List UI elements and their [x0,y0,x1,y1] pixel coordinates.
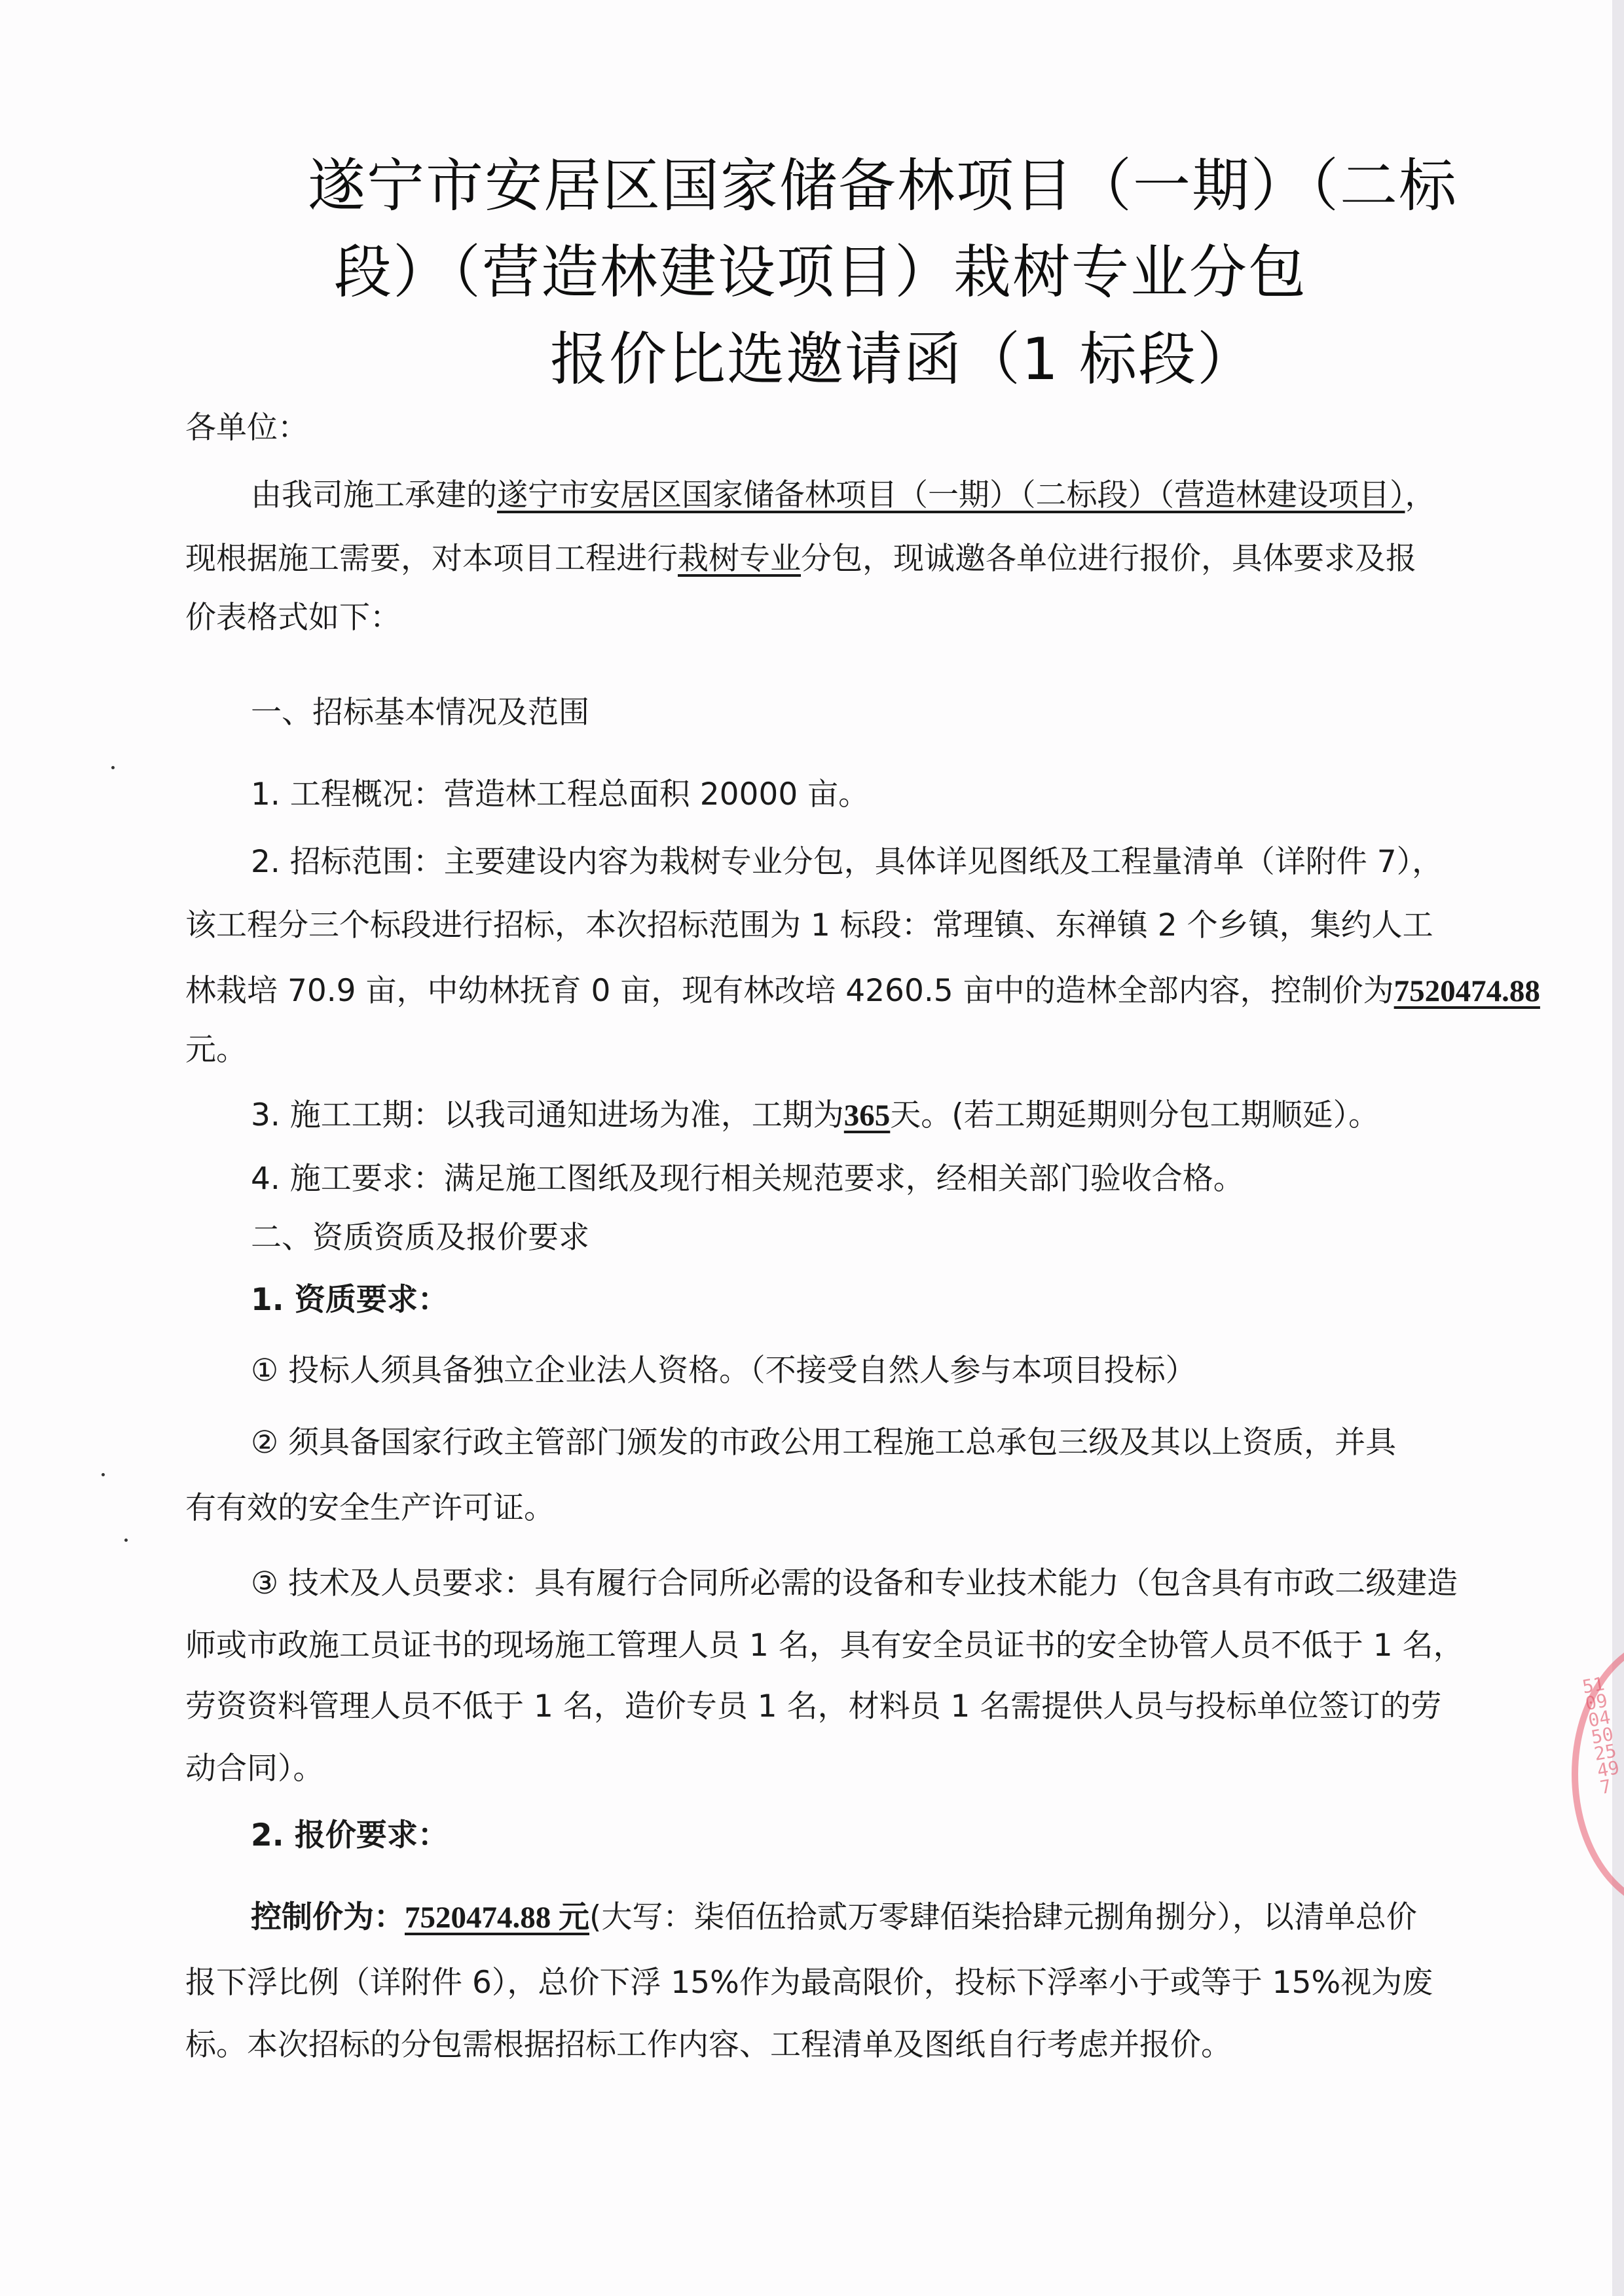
price-line-3: 标。本次招标的分包需根据招标工作内容、工程清单及图纸自行考虑并报价。 [185,2030,1232,2060]
doc-title-line-2: 段）（营造林建设项目）栽树专业分包 [334,244,1624,301]
price-line-2: 报下浮比例（详附件 6），总价下浮 15%作为最高限价，投标下浮率小于或等于 1… [185,1967,1433,1998]
price-label: 控制价为： [251,1899,405,1935]
item-3-schedule: 3. 施工工期：以我司通知进场为准，工期为365天。(若工期延期则分包工期顺延）… [251,1100,1379,1131]
intro-l2-prefix: 现根据施工需要，对本项目工程进行 [185,541,678,577]
intro-line-3: 价表格式如下： [185,602,401,633]
price-line-1-suffix: (大写：柒佰伍拾贰万零肆佰柒拾肆元捌角捌分），以清单总价 [589,1899,1417,1935]
intro-l2-suffix: 分包，现诚邀各单位进行报价，具体要求及报 [801,541,1416,577]
scan-speck [101,1473,105,1476]
qualification-1: ① 投标人须具备独立企业法人资格。（不接受自然人参与本项目投标） [251,1355,1196,1386]
item-1-overview: 1. 工程概况：营造林工程总面积 20000 亩。 [251,779,869,810]
doc-title-line-1: 遂宁市安居区国家储备林项目（一期）（二标 [308,157,1624,215]
intro-line-1: 由我司施工承建的遂宁市安居区国家储备林项目（一期）（二标段）（营造林建设项目）， [251,480,1436,511]
qualification-3-line-4: 动合同）。 [185,1753,324,1784]
qualification-heading: 1. 资质要求： [251,1285,449,1315]
control-price-total: 7520474.88 元 [405,1901,589,1935]
qualification-2-line-2: 有有效的安全生产许可证。 [185,1493,555,1523]
qualification-3-line-1: ③ 技术及人员要求：具有履行合同所必需的设备和专业技术能力（包含具有市政二级建造 [251,1568,1458,1599]
item-2-line-3: 林栽培 70.9 亩，中幼林抚育 0 亩，现有林改培 4260.5 亩中的造林全… [185,975,1540,1007]
scope-name: 栽树专业 [678,541,801,577]
qualification-3-line-3: 劳资资料管理人员不低于 1 名，造价专员 1 名，材料员 1 名需提供人员与投标… [185,1691,1441,1722]
item-2-line-4: 元。 [185,1034,247,1065]
item-2-line-3-text: 林栽培 70.9 亩，中幼林抚育 0 亩，现有林改培 4260.5 亩中的造林全… [185,973,1394,1009]
salutation: 各单位： [185,412,308,443]
item-3-prefix: 3. 施工工期：以我司通知进场为准，工期为 [251,1097,844,1133]
qualification-2-line-1: ② 须具备国家行政主管部门颁发的市政公用工程施工总承包三级及其以上资质，并具 [251,1427,1396,1458]
doc-title-line-3: 报价比选邀请函（1 标段） [550,331,1624,388]
control-price: 7520474.88 [1394,974,1540,1008]
intro-line-2: 现根据施工需要，对本项目工程进行栽树专业分包，现诚邀各单位进行报价，具体要求及报 [185,543,1416,574]
item-3-suffix: 天。(若工期延期则分包工期顺延）。 [890,1097,1379,1133]
qualification-3-line-2: 师或市政施工员证书的现场施工管理人员 1 名，具有安全员证书的安全协管人员不低于… [185,1630,1464,1661]
scan-speck [124,1539,128,1542]
item-2-line-2: 该工程分三个标段进行招标，本次招标范围为 1 标段：常理镇、东禅镇 2 个乡镇，… [185,910,1433,941]
price-requirements-heading: 2. 报价要求： [251,1820,449,1851]
item-4-requirements: 4. 施工要求：满足施工图纸及现行相关规范要求，经相关部门验收合格。 [251,1163,1244,1194]
section-1-heading: 一、招标基本情况及范围 [251,697,589,728]
intro-comma: ， [1405,477,1436,513]
section-2-heading: 二、资质资质及报价要求 [251,1222,589,1253]
intro-prefix: 由我司施工承建的 [251,477,497,513]
item-2-line-1: 2. 招标范围：主要建设内容为栽树专业分包，具体详见图纸及工程量清单（详附件 7… [251,847,1443,877]
duration-days: 365 [844,1099,891,1133]
project-name: 遂宁市安居区国家储备林项目（一期）（二标段）（营造林建设项目） [497,477,1405,513]
price-line-1: 控制价为：7520474.88 元(大写：柒佰伍拾贰万零肆佰柒拾肆元捌角捌分），… [251,1902,1417,1933]
scan-speck [111,766,115,769]
